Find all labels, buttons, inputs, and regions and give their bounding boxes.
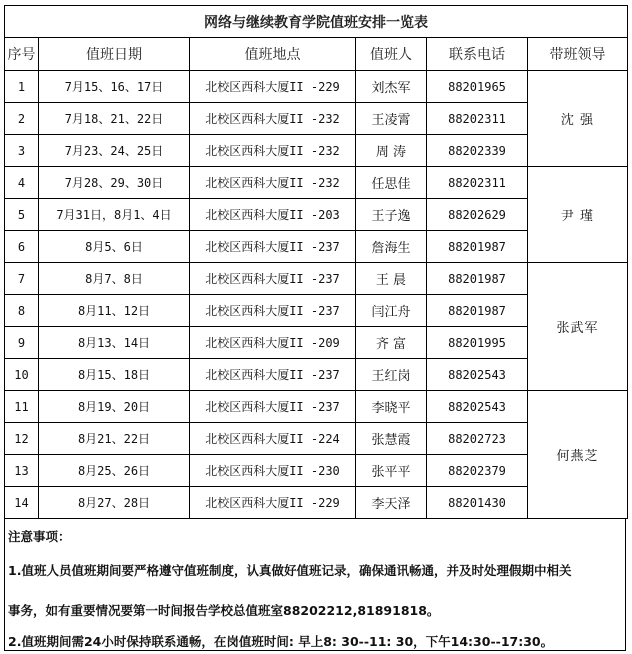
cell-date: 8月13、14日 bbox=[39, 327, 190, 359]
cell-no: 13 bbox=[5, 455, 39, 487]
cell-person: 齐 富 bbox=[356, 327, 427, 359]
cell-phone: 88202543 bbox=[427, 359, 528, 391]
cell-person: 王红岗 bbox=[356, 359, 427, 391]
cell-person: 张慧霞 bbox=[356, 423, 427, 455]
cell-phone: 88202339 bbox=[427, 135, 528, 167]
cell-person: 刘杰军 bbox=[356, 71, 427, 103]
cell-location: 北校区西科大厦II -237 bbox=[190, 231, 356, 263]
cell-location: 北校区西科大厦II -229 bbox=[190, 71, 356, 103]
cell-location: 北校区西科大厦II -237 bbox=[190, 391, 356, 423]
cell-no: 14 bbox=[5, 487, 39, 519]
cell-no: 4 bbox=[5, 167, 39, 199]
cell-location: 北校区西科大厦II -224 bbox=[190, 423, 356, 455]
duty-schedule-sheet: 网络与继续教育学院值班安排一览表 序号 值班日期 值班地点 值班人 联系电话 带… bbox=[4, 5, 627, 651]
note-item-2: 2.值班期间需24小时保持联系通畅，在岗值班时间: 早上8: 30--11: 3… bbox=[8, 632, 553, 650]
cell-no: 11 bbox=[5, 391, 39, 423]
cell-location: 北校区西科大厦II -237 bbox=[190, 359, 356, 391]
cell-no: 12 bbox=[5, 423, 39, 455]
header-phone: 联系电话 bbox=[427, 38, 528, 71]
cell-location: 北校区西科大厦II -230 bbox=[190, 455, 356, 487]
cell-location: 北校区西科大厦II -232 bbox=[190, 167, 356, 199]
cell-no: 3 bbox=[5, 135, 39, 167]
cell-person: 詹海生 bbox=[356, 231, 427, 263]
cell-phone: 88201430 bbox=[427, 487, 528, 519]
duty-schedule-table: 网络与继续教育学院值班安排一览表 序号 值班日期 值班地点 值班人 联系电话 带… bbox=[4, 5, 628, 519]
cell-leader: 沈 强 bbox=[528, 71, 628, 167]
cell-phone: 88202723 bbox=[427, 423, 528, 455]
cell-date: 8月27、28日 bbox=[39, 487, 190, 519]
header-row: 序号 值班日期 值班地点 值班人 联系电话 带班领导 bbox=[5, 38, 628, 71]
cell-no: 9 bbox=[5, 327, 39, 359]
cell-date: 8月7、8日 bbox=[39, 263, 190, 295]
cell-date: 8月25、26日 bbox=[39, 455, 190, 487]
table-row: 11 8月19、20日 北校区西科大厦II -237 李晓平 88202543 … bbox=[5, 391, 628, 423]
table-row: 4 7月28、29、30日 北校区西科大厦II -232 任思佳 8820231… bbox=[5, 167, 628, 199]
notes-section: 注意事项： 1.值班人员值班期间要严格遵守值班制度，认真做好值班记录，确保通讯畅… bbox=[4, 519, 626, 651]
cell-no: 7 bbox=[5, 263, 39, 295]
cell-no: 8 bbox=[5, 295, 39, 327]
cell-phone: 88202629 bbox=[427, 199, 528, 231]
cell-phone: 88201987 bbox=[427, 263, 528, 295]
note-item-1-line-2: 事务，如有重要情况要第一时间报告学校总值班室88202212,81891818。 bbox=[8, 601, 439, 619]
cell-phone: 88202379 bbox=[427, 455, 528, 487]
cell-person: 李天泽 bbox=[356, 487, 427, 519]
header-person: 值班人 bbox=[356, 38, 427, 71]
cell-phone: 88202311 bbox=[427, 167, 528, 199]
cell-phone: 88202543 bbox=[427, 391, 528, 423]
cell-person: 任思佳 bbox=[356, 167, 427, 199]
cell-phone: 88201995 bbox=[427, 327, 528, 359]
cell-person: 闫江舟 bbox=[356, 295, 427, 327]
table-row: 7 8月7、8日 北校区西科大厦II -237 王 晨 88201987 张武军 bbox=[5, 263, 628, 295]
cell-date: 8月15、18日 bbox=[39, 359, 190, 391]
cell-date: 8月11、12日 bbox=[39, 295, 190, 327]
table-title: 网络与继续教育学院值班安排一览表 bbox=[5, 6, 628, 38]
cell-person: 李晓平 bbox=[356, 391, 427, 423]
cell-location: 北校区西科大厦II -203 bbox=[190, 199, 356, 231]
header-date: 值班日期 bbox=[39, 38, 190, 71]
header-leader: 带班领导 bbox=[528, 38, 628, 71]
cell-person: 张平平 bbox=[356, 455, 427, 487]
cell-location: 北校区西科大厦II -232 bbox=[190, 103, 356, 135]
table-row: 1 7月15、16、17日 北校区西科大厦II -229 刘杰军 8820196… bbox=[5, 71, 628, 103]
cell-phone: 88201987 bbox=[427, 295, 528, 327]
cell-phone: 88202311 bbox=[427, 103, 528, 135]
cell-no: 5 bbox=[5, 199, 39, 231]
cell-no: 2 bbox=[5, 103, 39, 135]
cell-person: 王子逸 bbox=[356, 199, 427, 231]
cell-date: 7月23、24、25日 bbox=[39, 135, 190, 167]
header-no: 序号 bbox=[5, 38, 39, 71]
cell-date: 8月21、22日 bbox=[39, 423, 190, 455]
cell-leader: 尹 瑾 bbox=[528, 167, 628, 263]
cell-phone: 88201965 bbox=[427, 71, 528, 103]
cell-date: 7月31日，8月1、4日 bbox=[39, 199, 190, 231]
notes-title: 注意事项： bbox=[8, 527, 71, 545]
cell-no: 6 bbox=[5, 231, 39, 263]
note-item-1-line-1: 1.值班人员值班期间要严格遵守值班制度，认真做好值班记录，确保通讯畅通，并及时处… bbox=[8, 561, 571, 579]
cell-location: 北校区西科大厦II -232 bbox=[190, 135, 356, 167]
cell-leader: 张武军 bbox=[528, 263, 628, 391]
cell-person: 王凌霄 bbox=[356, 103, 427, 135]
cell-date: 7月15、16、17日 bbox=[39, 71, 190, 103]
cell-phone: 88201987 bbox=[427, 231, 528, 263]
cell-date: 8月5、6日 bbox=[39, 231, 190, 263]
cell-leader: 何燕芝 bbox=[528, 391, 628, 519]
cell-date: 7月18、21、22日 bbox=[39, 103, 190, 135]
cell-location: 北校区西科大厦II -229 bbox=[190, 487, 356, 519]
cell-location: 北校区西科大厦II -237 bbox=[190, 263, 356, 295]
cell-location: 北校区西科大厦II -237 bbox=[190, 295, 356, 327]
cell-date: 8月19、20日 bbox=[39, 391, 190, 423]
header-location: 值班地点 bbox=[190, 38, 356, 71]
cell-no: 1 bbox=[5, 71, 39, 103]
cell-date: 7月28、29、30日 bbox=[39, 167, 190, 199]
cell-no: 10 bbox=[5, 359, 39, 391]
cell-person: 周 涛 bbox=[356, 135, 427, 167]
cell-person: 王 晨 bbox=[356, 263, 427, 295]
cell-location: 北校区西科大厦II -209 bbox=[190, 327, 356, 359]
